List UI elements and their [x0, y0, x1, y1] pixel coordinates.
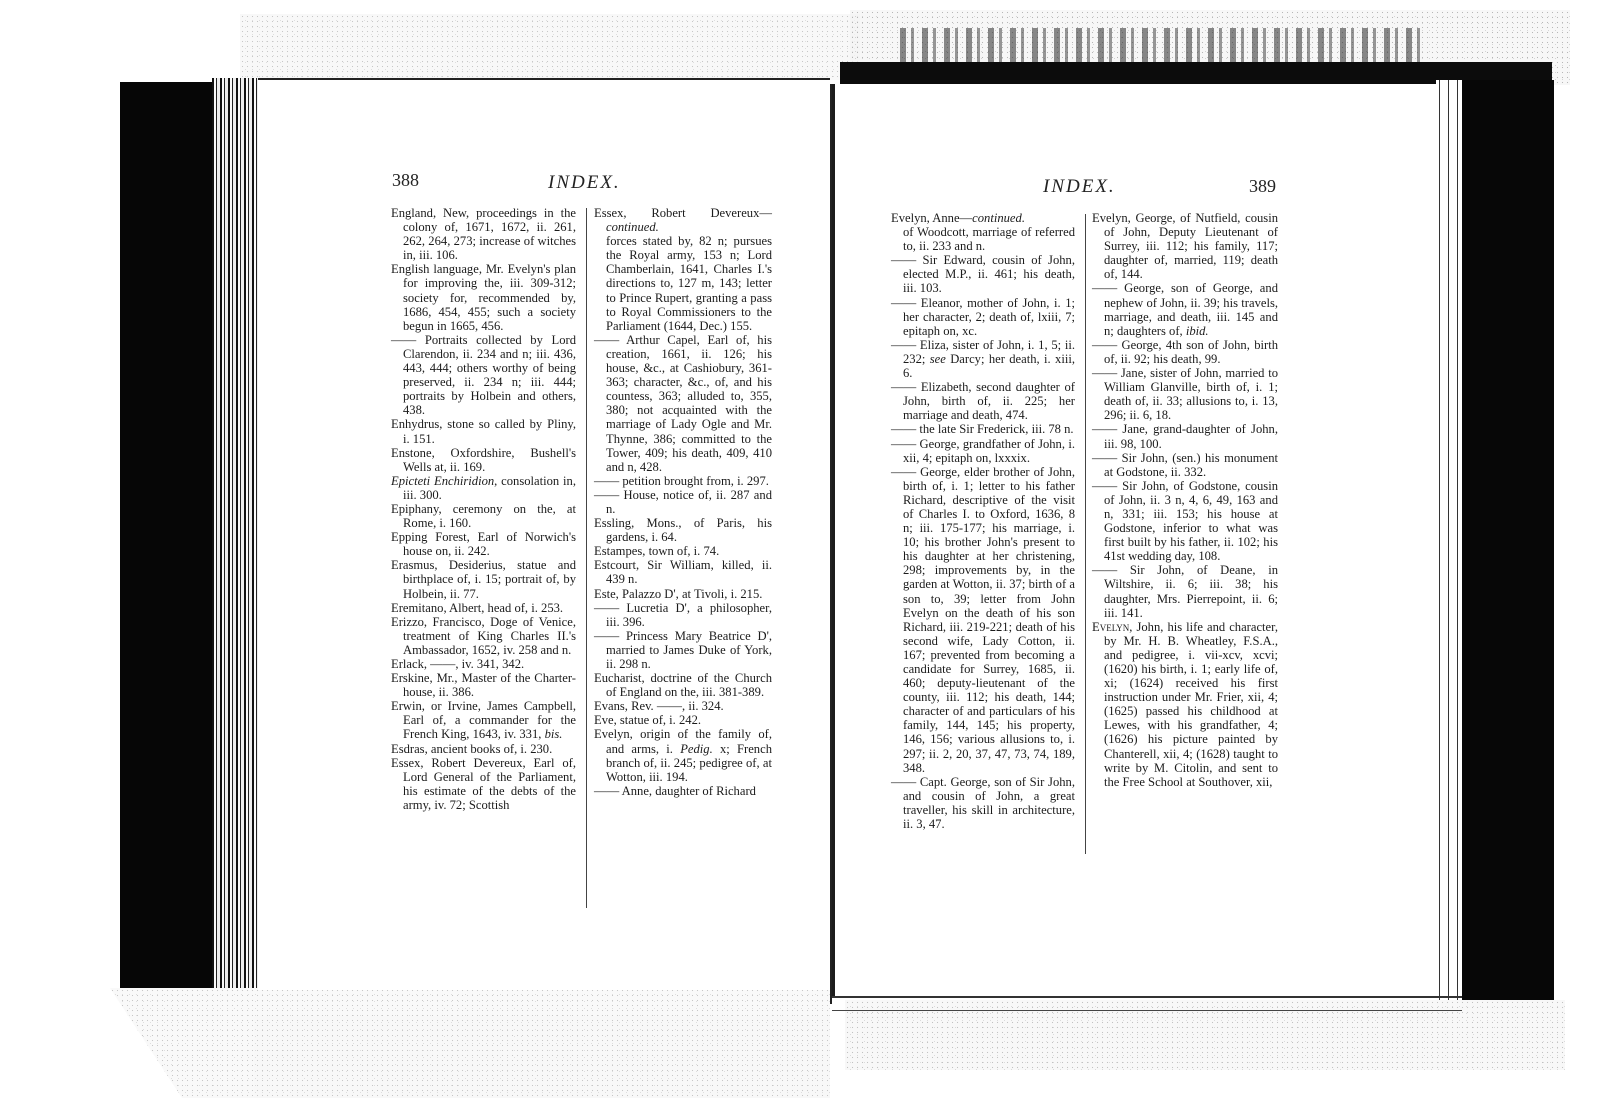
left-page-edges: [212, 78, 258, 988]
index-entry: —— Arthur Capel, Earl of, his creation, …: [594, 333, 772, 474]
right-page-bottom-edge: [832, 996, 1462, 1011]
index-entry: Evelyn, George, of Nutfield, cousin of J…: [1092, 211, 1278, 281]
index-entry: —— Sir Edward, cousin of John, elected M…: [891, 253, 1075, 295]
index-entry: Este, Palazzo D', at Tivoli, i. 215.: [594, 587, 772, 601]
index-column-1: Evelyn, Anne—continued.of Woodcott, marr…: [891, 211, 1075, 831]
page-number: 389: [1249, 176, 1276, 197]
running-head: INDEX.: [548, 172, 621, 194]
right-page-edges: [1436, 80, 1462, 1000]
index-entry: English language, Mr. Evelyn's plan for …: [391, 262, 576, 332]
index-entry: Essex, Robert Devereux—continued.: [594, 206, 772, 234]
index-entry: Epicteti Enchiridion, consolation in, ii…: [391, 474, 576, 502]
index-column-1: England, New, proceedings in the colony …: [391, 206, 576, 812]
index-entry: —— Portraits collected by Lord Clarendon…: [391, 333, 576, 418]
index-entry: Essling, Mons., of Paris, his gardens, i…: [594, 516, 772, 544]
index-entry: —— Lucretia D', a philosopher, iii. 396.: [594, 601, 772, 629]
index-entry: Evans, Rev. ——, ii. 324.: [594, 699, 772, 713]
index-entry: Estcourt, Sir William, killed, ii. 439 n…: [594, 558, 772, 586]
index-entry: —— Jane, grand-daughter of John, iii. 98…: [1092, 422, 1278, 450]
page-number: 388: [392, 170, 419, 191]
index-entry: Erlack, ——, iv. 341, 342.: [391, 657, 576, 671]
index-entry: Erwin, or Irvine, James Campbell, Earl o…: [391, 699, 576, 741]
left-page: 388 INDEX. England, New, proceedings in …: [258, 78, 830, 990]
column-rule: [586, 208, 587, 908]
index-entry: Esdras, ancient books of, i. 230.: [391, 742, 576, 756]
index-entry: —— Princess Mary Beatrice D', married to…: [594, 629, 772, 671]
right-book-cover: [1462, 80, 1554, 1000]
index-entry: Erizzo, Francisco, Doge of Venice, treat…: [391, 615, 576, 657]
index-entry: Enstone, Oxfordshire, Bushell's Wells at…: [391, 446, 576, 474]
scan-background-top-left: [240, 14, 860, 80]
index-entry: Evelyn, origin of the family of, and arm…: [594, 727, 772, 783]
index-column-2: Essex, Robert Devereux—continued.forces …: [594, 206, 772, 798]
index-entry: Eve, statue of, i. 242.: [594, 713, 772, 727]
index-entry: —— petition brought from, i. 297.: [594, 474, 772, 488]
index-entry: forces stated by, 82 n; pursues the Roya…: [594, 234, 772, 333]
index-entry: —— Jane, sister of John, married to Will…: [1092, 366, 1278, 422]
index-entry: —— Eleanor, mother of John, i. 1; her ch…: [891, 296, 1075, 338]
running-head: INDEX.: [1043, 176, 1116, 198]
index-entry: Estampes, town of, i. 74.: [594, 544, 772, 558]
index-entry: —— Sir John, of Godstone, cousin of John…: [1092, 479, 1278, 564]
index-entry: Epping Forest, Earl of Norwich's house o…: [391, 530, 576, 558]
index-entry: —— Sir John, of Deane, in Wiltshire, ii.…: [1092, 563, 1278, 619]
index-entry: —— Elizabeth, second daughter of John, b…: [891, 380, 1075, 422]
index-entry: —— George, son of George, and nephew of …: [1092, 281, 1278, 337]
index-entry: —— the late Sir Frederick, iii. 78 n.: [891, 422, 1075, 436]
index-entry: Erasmus, Desiderius, statue and birthpla…: [391, 558, 576, 600]
index-entry: —— George, 4th son of John, birth of, ii…: [1092, 338, 1278, 366]
index-entry: Eremitano, Albert, head of, i. 253.: [391, 601, 576, 615]
index-entry: —— Capt. George, son of Sir John, and co…: [891, 775, 1075, 831]
index-entry: —— George, grandfather of John, i. xii, …: [891, 437, 1075, 465]
index-entry: Epiphany, ceremony on the, at Rome, i. 1…: [391, 502, 576, 530]
index-entry: —— House, notice of, ii. 287 and n.: [594, 488, 772, 516]
index-entry: Essex, Robert Devereux, Earl of, Lord Ge…: [391, 756, 576, 812]
index-entry: Evelyn, John, his life and character, by…: [1092, 620, 1278, 789]
right-page: INDEX. 389 Evelyn, Anne—continued.of Woo…: [832, 84, 1439, 996]
index-entry: of Woodcott, marriage of referred to, ii…: [891, 225, 1075, 253]
index-entry: —— Eliza, sister of John, i. 1, 5; ii. 2…: [891, 338, 1075, 380]
index-column-2: Evelyn, George, of Nutfield, cousin of J…: [1092, 211, 1278, 789]
index-entry: Evelyn, Anne—continued.: [891, 211, 1075, 225]
index-entry: Erskine, Mr., Master of the Charter-hous…: [391, 671, 576, 699]
scan-background-bottom-left: [110, 988, 830, 1098]
index-entry: —— George, elder brother of John, birth …: [891, 465, 1075, 775]
index-entry: Eucharist, doctrine of the Church of Eng…: [594, 671, 772, 699]
left-book-cover: [120, 82, 212, 988]
index-entry: Enhydrus, stone so called by Pliny, i. 1…: [391, 417, 576, 445]
index-entry: England, New, proceedings in the colony …: [391, 206, 576, 262]
index-entry: —— Anne, daughter of Richard: [594, 784, 772, 798]
index-entry: —— Sir John, (sen.) his monument at Gods…: [1092, 451, 1278, 479]
column-rule: [1085, 214, 1086, 854]
